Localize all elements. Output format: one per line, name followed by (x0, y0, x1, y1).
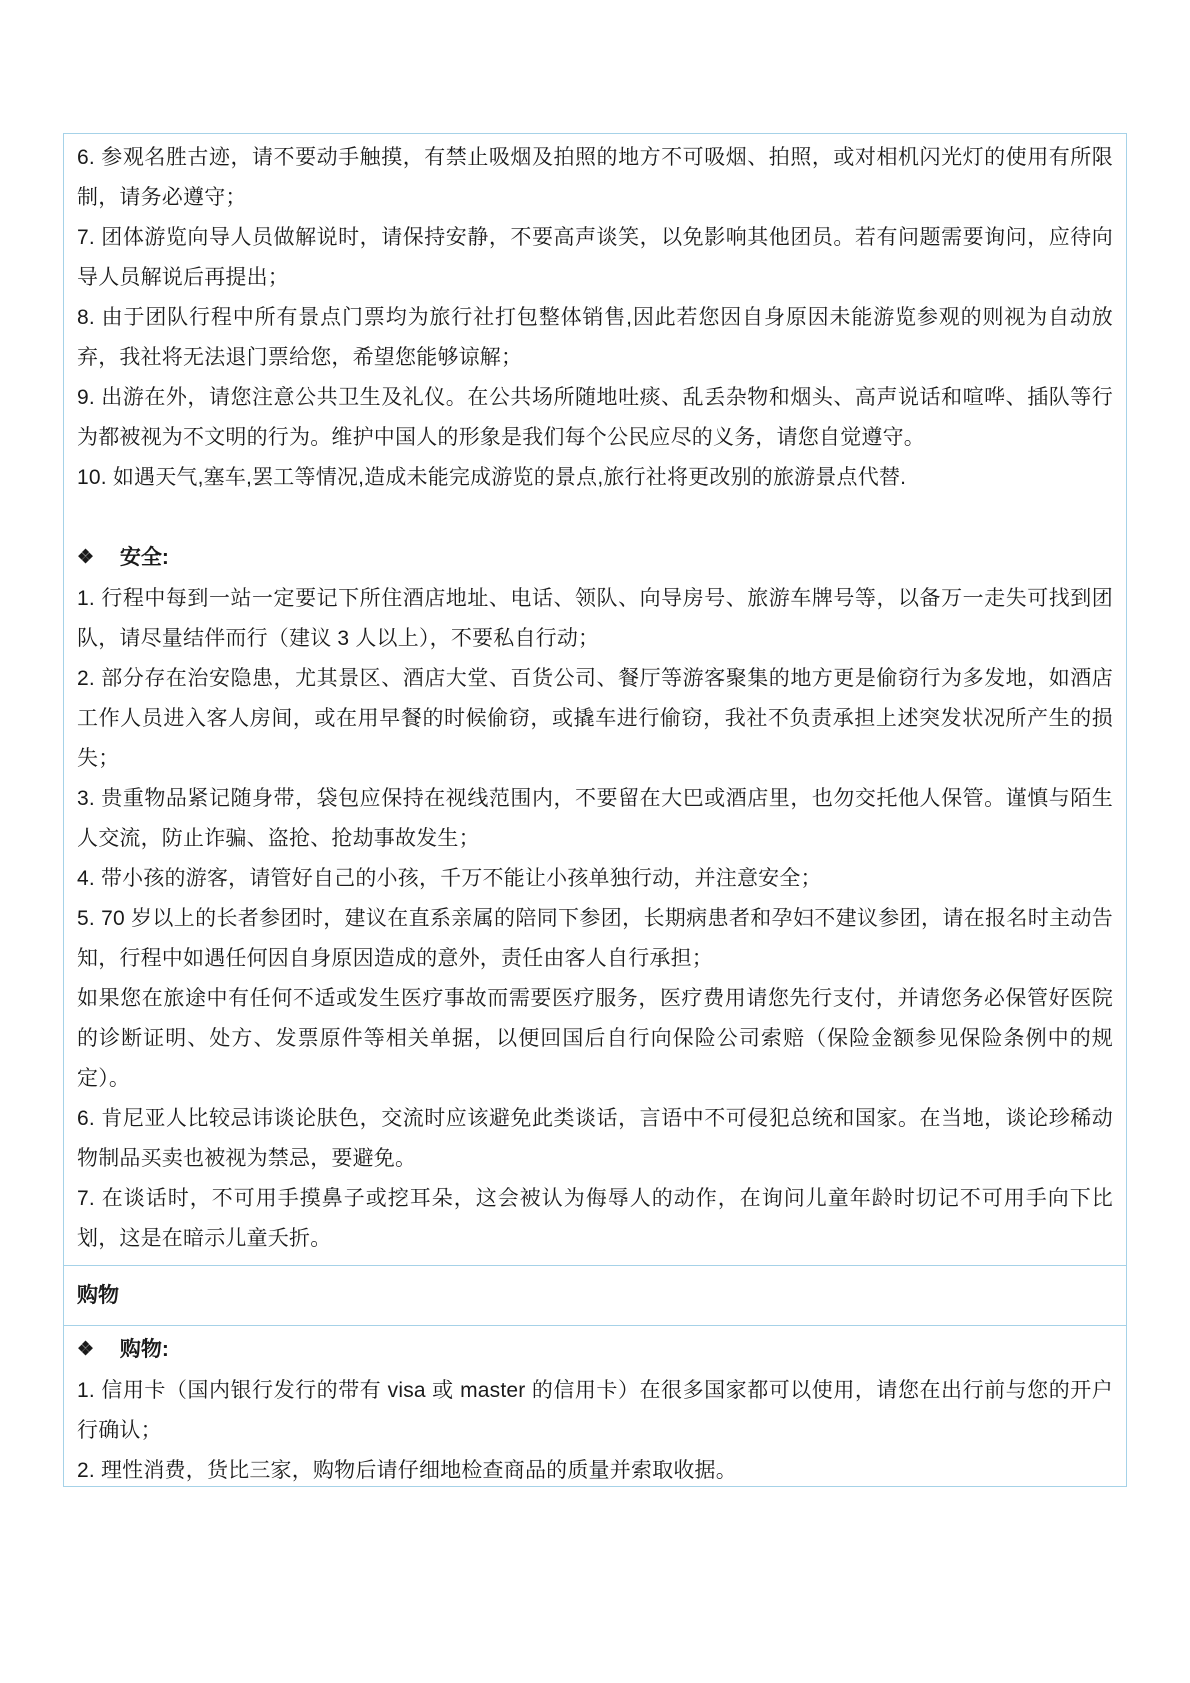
note-paragraph-7: 7. 团体游览向导人员做解说时，请保持安静，不要高声谈笑，以免影响其他团员。若有… (77, 218, 1113, 298)
safety-paragraph-6: 6. 肯尼亚人比较忌讳谈论肤色，交流时应该避免此类谈话，言语中不可侵犯总统和国家… (77, 1099, 1113, 1179)
shopping-paragraph-2: 2. 理性消费，货比三家，购物后请仔细地检查商品的质量并索取收据。 (77, 1451, 1113, 1486)
note-paragraph-8: 8. 由于团队行程中所有景点门票均为旅行社打包整体销售,因此若您因自身原因未能游… (77, 298, 1113, 378)
safety-paragraph-4: 4. 带小孩的游客，请管好自己的小孩，千万不能让小孩单独行动，并注意安全； (77, 859, 1113, 899)
note-paragraph-10: 10. 如遇天气,塞车,罢工等情况,造成未能完成游览的景点,旅行社将更改别的旅游… (77, 458, 1113, 498)
note-paragraph-9: 9. 出游在外，请您注意公共卫生及礼仪。在公共场所随地吐痰、乱丢杂物和烟头、高声… (77, 378, 1113, 458)
shopping-heading-label: 购物: (120, 1338, 169, 1361)
four-diamond-bullet-icon: ❖ (77, 538, 94, 578)
shopping-row-title: 购物 (77, 1276, 1113, 1316)
safety-paragraph-5: 5. 70 岁以上的长者参团时，建议在直系亲属的陪同下参团，长期病患者和孕妇不建… (77, 899, 1113, 979)
table-row-shopping-title: 购物 (64, 1265, 1126, 1325)
note-paragraph-6: 6. 参观名胜古迹，请不要动手触摸，有禁止吸烟及拍照的地方不可吸烟、拍照，或对相… (77, 138, 1113, 218)
safety-paragraph-3: 3. 贵重物品紧记随身带，袋包应保持在视线范围内，不要留在大巴或酒店里，也勿交托… (77, 779, 1113, 859)
table-row-notes-and-safety: 6. 参观名胜古迹，请不要动手触摸，有禁止吸烟及拍照的地方不可吸烟、拍照，或对相… (64, 134, 1126, 1265)
table-row-shopping-section: ❖ 购物: 1. 信用卡（国内银行发行的带有 visa 或 master 的信用… (64, 1325, 1126, 1486)
shopping-section-heading: ❖ 购物: (77, 1330, 1113, 1371)
safety-paragraph-2: 2. 部分存在治安隐患，尤其景区、酒店大堂、百货公司、餐厅等游客聚集的地方更是偷… (77, 659, 1113, 779)
safety-paragraph-medical: 如果您在旅途中有任何不适或发生医疗事故而需要医疗服务，医疗费用请您先行支付，并请… (77, 979, 1113, 1099)
four-diamond-bullet-icon: ❖ (77, 1330, 94, 1370)
shopping-paragraph-1: 1. 信用卡（国内银行发行的带有 visa 或 master 的信用卡）在很多国… (77, 1371, 1113, 1451)
document-page: 6. 参观名胜古迹，请不要动手触摸，有禁止吸烟及拍照的地方不可吸烟、拍照，或对相… (0, 0, 1190, 1683)
safety-paragraph-7: 7. 在谈话时，不可用手摸鼻子或挖耳朵，这会被认为侮辱人的动作，在询问儿童年龄时… (77, 1179, 1113, 1259)
safety-heading-label: 安全: (120, 546, 169, 569)
safety-section-heading: ❖ 安全: (77, 538, 1113, 579)
safety-paragraph-1: 1. 行程中每到一站一定要记下所住酒店地址、电话、领队、向导房号、旅游车牌号等，… (77, 579, 1113, 659)
travel-notes-table: 6. 参观名胜古迹，请不要动手触摸，有禁止吸烟及拍照的地方不可吸烟、拍照，或对相… (63, 133, 1127, 1487)
empty-line (77, 498, 1113, 538)
